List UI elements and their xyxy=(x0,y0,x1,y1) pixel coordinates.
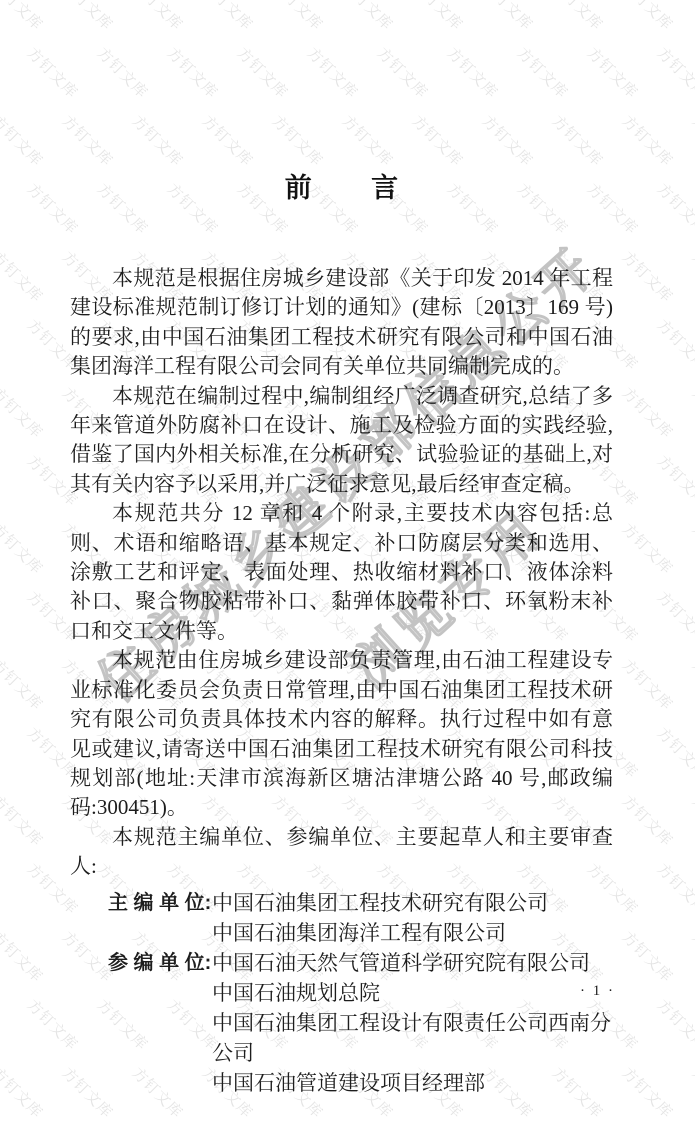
participant-editor-units: 中国石油天然气管道科学研究院有限公司 中国石油规划总院 中国石油集团工程设计有限… xyxy=(212,948,613,1098)
participant-unit-3: 中国石油集团工程设计有限责任公司西南分公司 xyxy=(212,1008,613,1068)
page-number: · 1 · xyxy=(580,983,615,1000)
chief-editor-units: 中国石油集团工程技术研究有限公司 中国石油集团海洋工程有限公司 xyxy=(212,888,613,948)
participant-unit-2: 中国石油规划总院 xyxy=(212,978,613,1008)
participant-editor-row: 参 编 单 位: 中国石油天然气管道科学研究院有限公司 中国石油规划总院 中国石… xyxy=(70,948,613,1098)
paragraph-5: 本规范主编单位、参编单位、主要起草人和主要审查人: xyxy=(70,823,613,882)
chief-editor-label: 主 编 单 位: xyxy=(108,888,212,918)
chief-unit-1: 中国石油集团工程技术研究有限公司 xyxy=(212,888,613,918)
participant-unit-4: 中国石油管道建设项目经理部 xyxy=(212,1068,613,1098)
paragraph-2: 本规范在编制过程中,编制组经广泛调查研究,总结了多年来管道外防腐补口在设计、施工… xyxy=(70,382,613,500)
paragraph-4: 本规范由住房城乡建设部负责管理,由石油工程建设专业标准化委员会负责日常管理,由中… xyxy=(70,646,613,822)
paragraph-1: 本规范是根据住房城乡建设部《关于印发 2014 年工程建设标准规范制订修订计划的… xyxy=(70,264,613,382)
page-title: 前言 xyxy=(70,0,613,204)
participant-unit-1: 中国石油天然气管道科学研究院有限公司 xyxy=(212,948,613,978)
chief-editor-row: 主 编 单 位: 中国石油集团工程技术研究有限公司 中国石油集团海洋工程有限公司 xyxy=(70,888,613,948)
participant-editor-label: 参 编 单 位: xyxy=(108,948,212,978)
chief-unit-2: 中国石油集团海洋工程有限公司 xyxy=(212,918,613,948)
document-page: 方钉文库方钉文库方钉文库方钉文库方钉文库方钉文库方钉文库方钉文库方钉文库方钉文库… xyxy=(0,0,695,1122)
editor-units-section: 主 编 单 位: 中国石油集团工程技术研究有限公司 中国石油集团海洋工程有限公司… xyxy=(70,888,613,1098)
foreword-content: 前言 本规范是根据住房城乡建设部《关于印发 2014 年工程建设标准规范制订修订… xyxy=(70,0,613,1098)
paragraph-3: 本规范共分 12 章和 4 个附录,主要技术内容包括:总则、术语和缩略语、基本规… xyxy=(70,499,613,646)
